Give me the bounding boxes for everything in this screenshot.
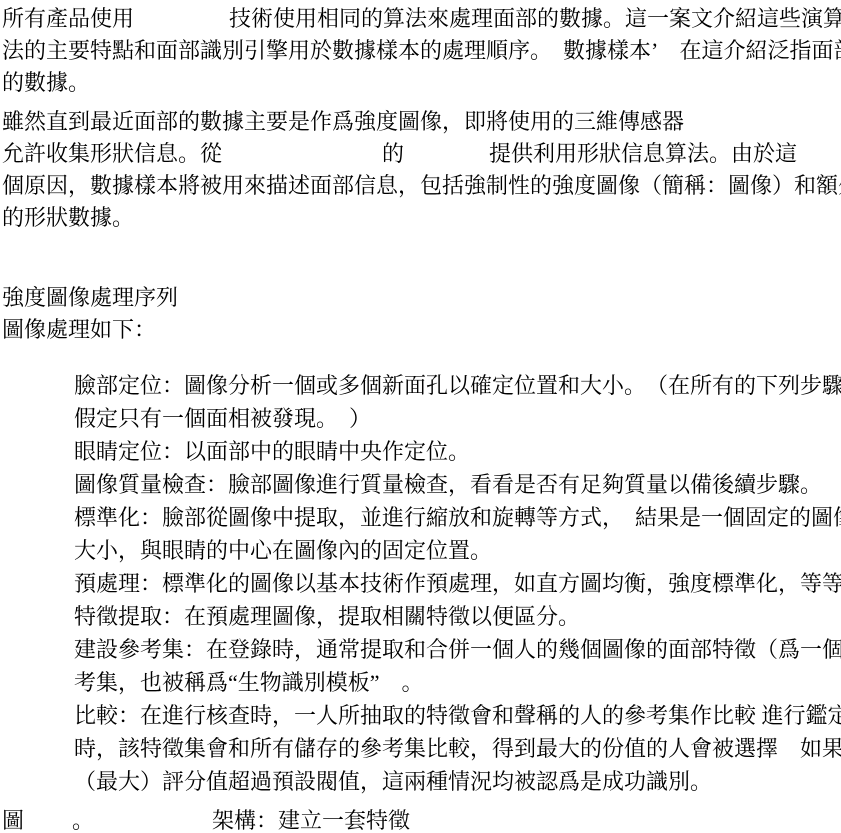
figure-caption: 圖。架構：建立一套特徵	[2, 808, 841, 833]
step-quality-check: 圖像質量檢查：臉部圖像進行質量檢查，看看是否有足夠質量以備後續步驟。	[2, 468, 841, 501]
shape-line-2-seg-2: 的	[382, 141, 404, 166]
step-comparison-cont-2: （最大）評分值超過預設閥值，這兩種情況均被認爲是成功識別。	[2, 765, 841, 798]
step-reference-set-cont: 考集，也被稱爲“生物識別模板” 。	[2, 666, 841, 699]
missing-word-gap	[134, 25, 229, 26]
section-heading-block: 強度圖像處理序列 圖像處理如下：	[2, 282, 841, 346]
step-eye-localization: 眼睛定位：以面部中的眼睛中央作定位。	[2, 435, 841, 468]
shape-line-3: 個原因，數據樣本將被用來描述面部信息，包括強制性的強度圖像（簡稱：圖像）和額外	[2, 170, 841, 202]
shape-line-2-seg-3: 提供利用形狀信息算法。由於這	[489, 141, 797, 166]
step-comparison: 比較：在進行核查時，一人所抽取的特徵會和聲稱的人的參考集作比較 進行鑑定	[2, 699, 841, 732]
step-comparison-cont-1: 時，該特徵集會和所有儲存的參考集比較，得到最大的份值的人會被選擇 如果	[2, 732, 841, 765]
shape-line-2: 允許收集形狀信息。從的提供利用形狀信息算法。由於這	[2, 138, 841, 170]
step-face-localization: 臉部定位：圖像分析一個或多個新面孔以確定位置和大小。 （在所有的下列步驟	[2, 369, 841, 402]
figure-caption-seg-1: 圖	[2, 808, 24, 833]
step-face-localization-cont: 假定只有一個面相被發現。 ）	[2, 402, 841, 435]
figure-caption-seg-2: 。	[72, 808, 94, 833]
shape-line-1: 雖然直到最近面部的數據主要是作爲強度圖像，即將使用的三維傳感器	[2, 106, 841, 138]
section-heading: 強度圖像處理序列	[2, 282, 841, 314]
step-normalization: 標準化：臉部從圖像中提取，並進行縮放和旋轉等方式， 結果是一個固定的圖像	[2, 501, 841, 534]
intro-line-1: 所有產品使用技術使用相同的算法來處理面部的數據。這一案文介紹這些演算	[2, 3, 841, 35]
processing-steps-list: 臉部定位：圖像分析一個或多個新面孔以確定位置和大小。 （在所有的下列步驟 假定只…	[2, 369, 841, 798]
intro-line-2: 法的主要特點和面部識別引擎用於數據樣本的處理順序。 數據樣本’ 在這介紹泛指面部	[2, 35, 841, 67]
intro-line-3: 的數據。	[2, 67, 841, 99]
step-preprocessing: 預處理：標準化的圖像以基本技術作預處理，如直方圖均衡，強度標準化，等等。	[2, 567, 841, 600]
paragraph-intro: 所有產品使用技術使用相同的算法來處理面部的數據。這一案文介紹這些演算 法的主要特…	[2, 3, 841, 99]
missing-word-gap	[222, 160, 382, 161]
intro-line-1-seg-2: 技術使用相同的算法來處理面部的數據。這一案文介紹這些演算	[229, 6, 841, 31]
shape-line-2-seg-1: 允許收集形狀信息。從	[2, 141, 222, 166]
paragraph-shape-data: 雖然直到最近面部的數據主要是作爲強度圖像，即將使用的三維傳感器 允許收集形狀信息…	[2, 106, 841, 234]
intro-line-1-seg-1: 所有產品使用	[2, 6, 134, 31]
missing-word-gap	[24, 827, 72, 828]
step-normalization-cont: 大小，與眼睛的中心在圖像內的固定位置。	[2, 534, 841, 567]
section-subheading: 圖像處理如下：	[2, 314, 841, 346]
step-feature-extraction: 特徵提取：在預處理圖像，提取相關特徵以便區分。	[2, 600, 841, 633]
missing-word-gap	[94, 827, 212, 828]
shape-line-4: 的形狀數據。	[2, 202, 841, 234]
figure-caption-seg-3: 架構：建立一套特徵	[212, 808, 410, 833]
missing-word-gap	[404, 160, 489, 161]
step-reference-set: 建設參考集：在登錄時，通常提取和合併一個人的幾個圖像的面部特徵（爲一個參	[2, 633, 841, 666]
document-page: 所有產品使用技術使用相同的算法來處理面部的數據。這一案文介紹這些演算 法的主要特…	[0, 0, 841, 833]
